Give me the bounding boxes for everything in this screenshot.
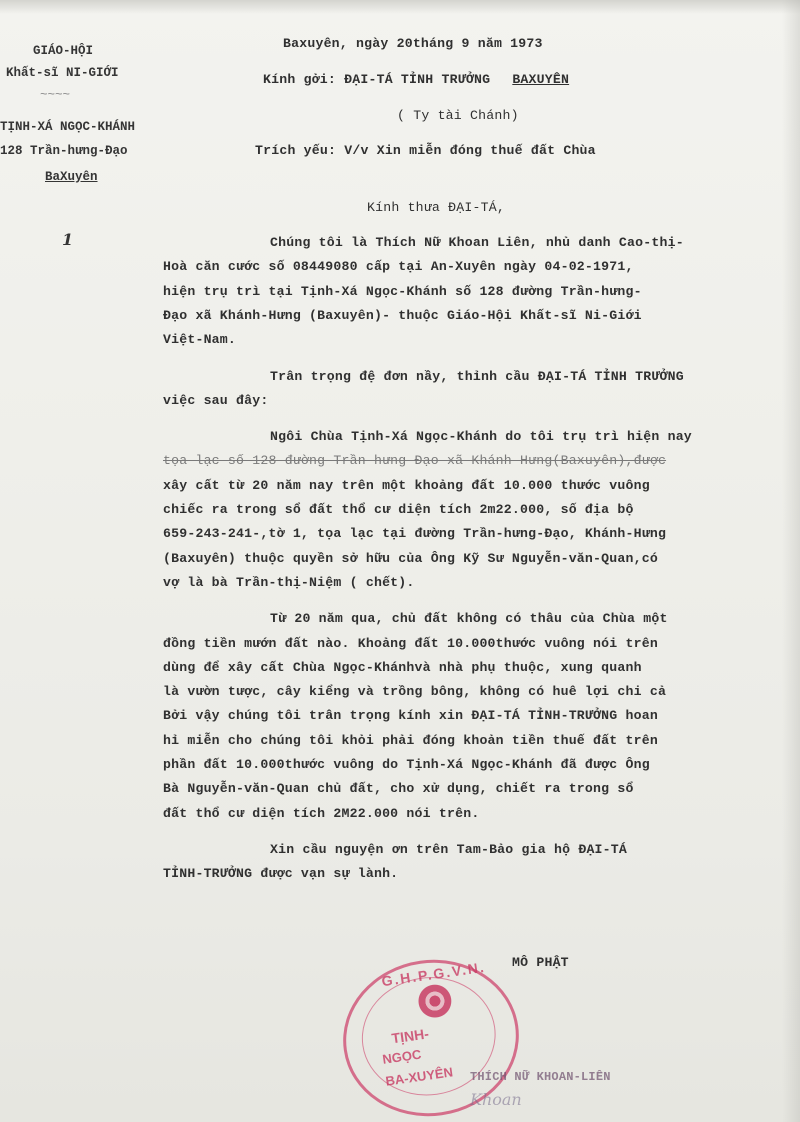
paper-edge-shadow [782, 0, 800, 1122]
body-line: xây cất từ 20 năm nay trên một khoảng đấ… [163, 478, 650, 493]
paper-fold-shadow [0, 0, 800, 14]
handwritten-signature: Khoan [470, 1090, 522, 1109]
body-line: Đạo xã Khánh-Hưng (Baxuyên)- thuộc Giáo-… [163, 308, 642, 323]
body-line: TỈNH-TRƯỞNG được vạn sự lành. [163, 866, 398, 881]
reference-mark: 1 [62, 230, 73, 249]
body-line: Ngôi Chùa Tịnh-Xá Ngọc-Khánh do tôi trụ … [270, 429, 692, 444]
body-line: hiện trụ trì tại Tịnh-Xá Ngọc-Khánh số 1… [163, 284, 642, 299]
body-line: đồng tiền mướn đất nào. Khoảng đất 10.00… [163, 636, 658, 651]
recipient-title: Kính gởi: ĐẠI-TÁ TỈNH TRƯỞNG [263, 72, 490, 87]
body-line: chiếc ra trong sổ đất thổ cư diện tích 2… [163, 502, 634, 517]
body-line: Chúng tôi là Thích Nữ Khoan Liên, nhủ da… [270, 235, 684, 250]
letterhead-sect: Khất-sĩ NI-GIỚI [6, 66, 119, 80]
subject-line: Trích yếu: V/v Xin miễn đóng thuế đất Ch… [255, 143, 596, 158]
letterhead-city: BaXuyên [45, 170, 98, 184]
closing: MÔ PHẬT [512, 955, 569, 970]
body-line: Bởi vậy chúng tôi trân trọng kính xin ĐẠ… [163, 708, 658, 723]
body-line: Từ 20 năm qua, chủ đất không có thâu của… [270, 611, 668, 626]
body-line: Bà Nguyễn-văn-Quan chủ đất, cho xử dụng,… [163, 781, 634, 796]
body-line: tọa lạc số 128 đường Trần-hưng-Đạo xã Kh… [163, 453, 666, 468]
body-line: phần đất 10.000thước vuông do Tịnh-Xá Ng… [163, 757, 650, 772]
place-date: Baxuyên, ngày 20tháng 9 năm 1973 [283, 36, 543, 51]
body-line: dùng để xây cất Chùa Ngọc-Khánhvà nhà ph… [163, 660, 642, 675]
body-line: vợ là bà Trần-thị-Niệm ( chết). [163, 575, 415, 590]
body-line: Xin cầu nguyện ơn trên Tam-Bảo gia hộ ĐẠ… [270, 842, 627, 857]
body-line: 659-243-241-,tờ 1, tọa lạc tại đường Trầ… [163, 526, 666, 541]
recipient-line: Kính gởi: ĐẠI-TÁ TỈNH TRƯỞNG BAXUYÊN [263, 72, 569, 87]
body-line: hỉ miễn cho chúng tôi khỏi phải đóng kho… [163, 733, 658, 748]
document-page: GIÁO-HỘI Khất-sĩ NI-GIỚI ~~~~ TỊNH-XÁ NG… [0, 0, 800, 1122]
letterhead-divider: ~~~~ [40, 88, 70, 102]
salutation: Kính thưa ĐẠI-TÁ, [367, 200, 505, 215]
recipient-place: BAXUYÊN [512, 72, 569, 87]
body-line: việc sau đây: [163, 393, 268, 408]
body-line: Trân trọng đệ đơn nầy, thỉnh cầu ĐẠI-TÁ … [270, 369, 684, 384]
body-line: Việt-Nam. [163, 332, 236, 347]
body-line: đất thổ cư diện tích 2M22.000 nói trên. [163, 806, 479, 821]
signatory-name: THÍCH NỮ KHOAN-LIÊN [470, 1070, 611, 1084]
letterhead-org: GIÁO-HỘI [33, 44, 93, 58]
body-line: Hoà căn cước số 08449080 cấp tại An-Xuyê… [163, 259, 634, 274]
letterhead-address: 128 Trần-hưng-Đạo [0, 144, 128, 158]
letterhead-temple: TỊNH-XÁ NGỌC-KHÁNH [0, 120, 135, 134]
department: ( Ty tài Chánh) [397, 108, 519, 123]
body-line: là vườn tược, cây kiểng và trồng bông, k… [163, 684, 666, 699]
body-line: (Baxuyên) thuộc quyền sở hữu của Ông Kỹ … [163, 551, 658, 566]
